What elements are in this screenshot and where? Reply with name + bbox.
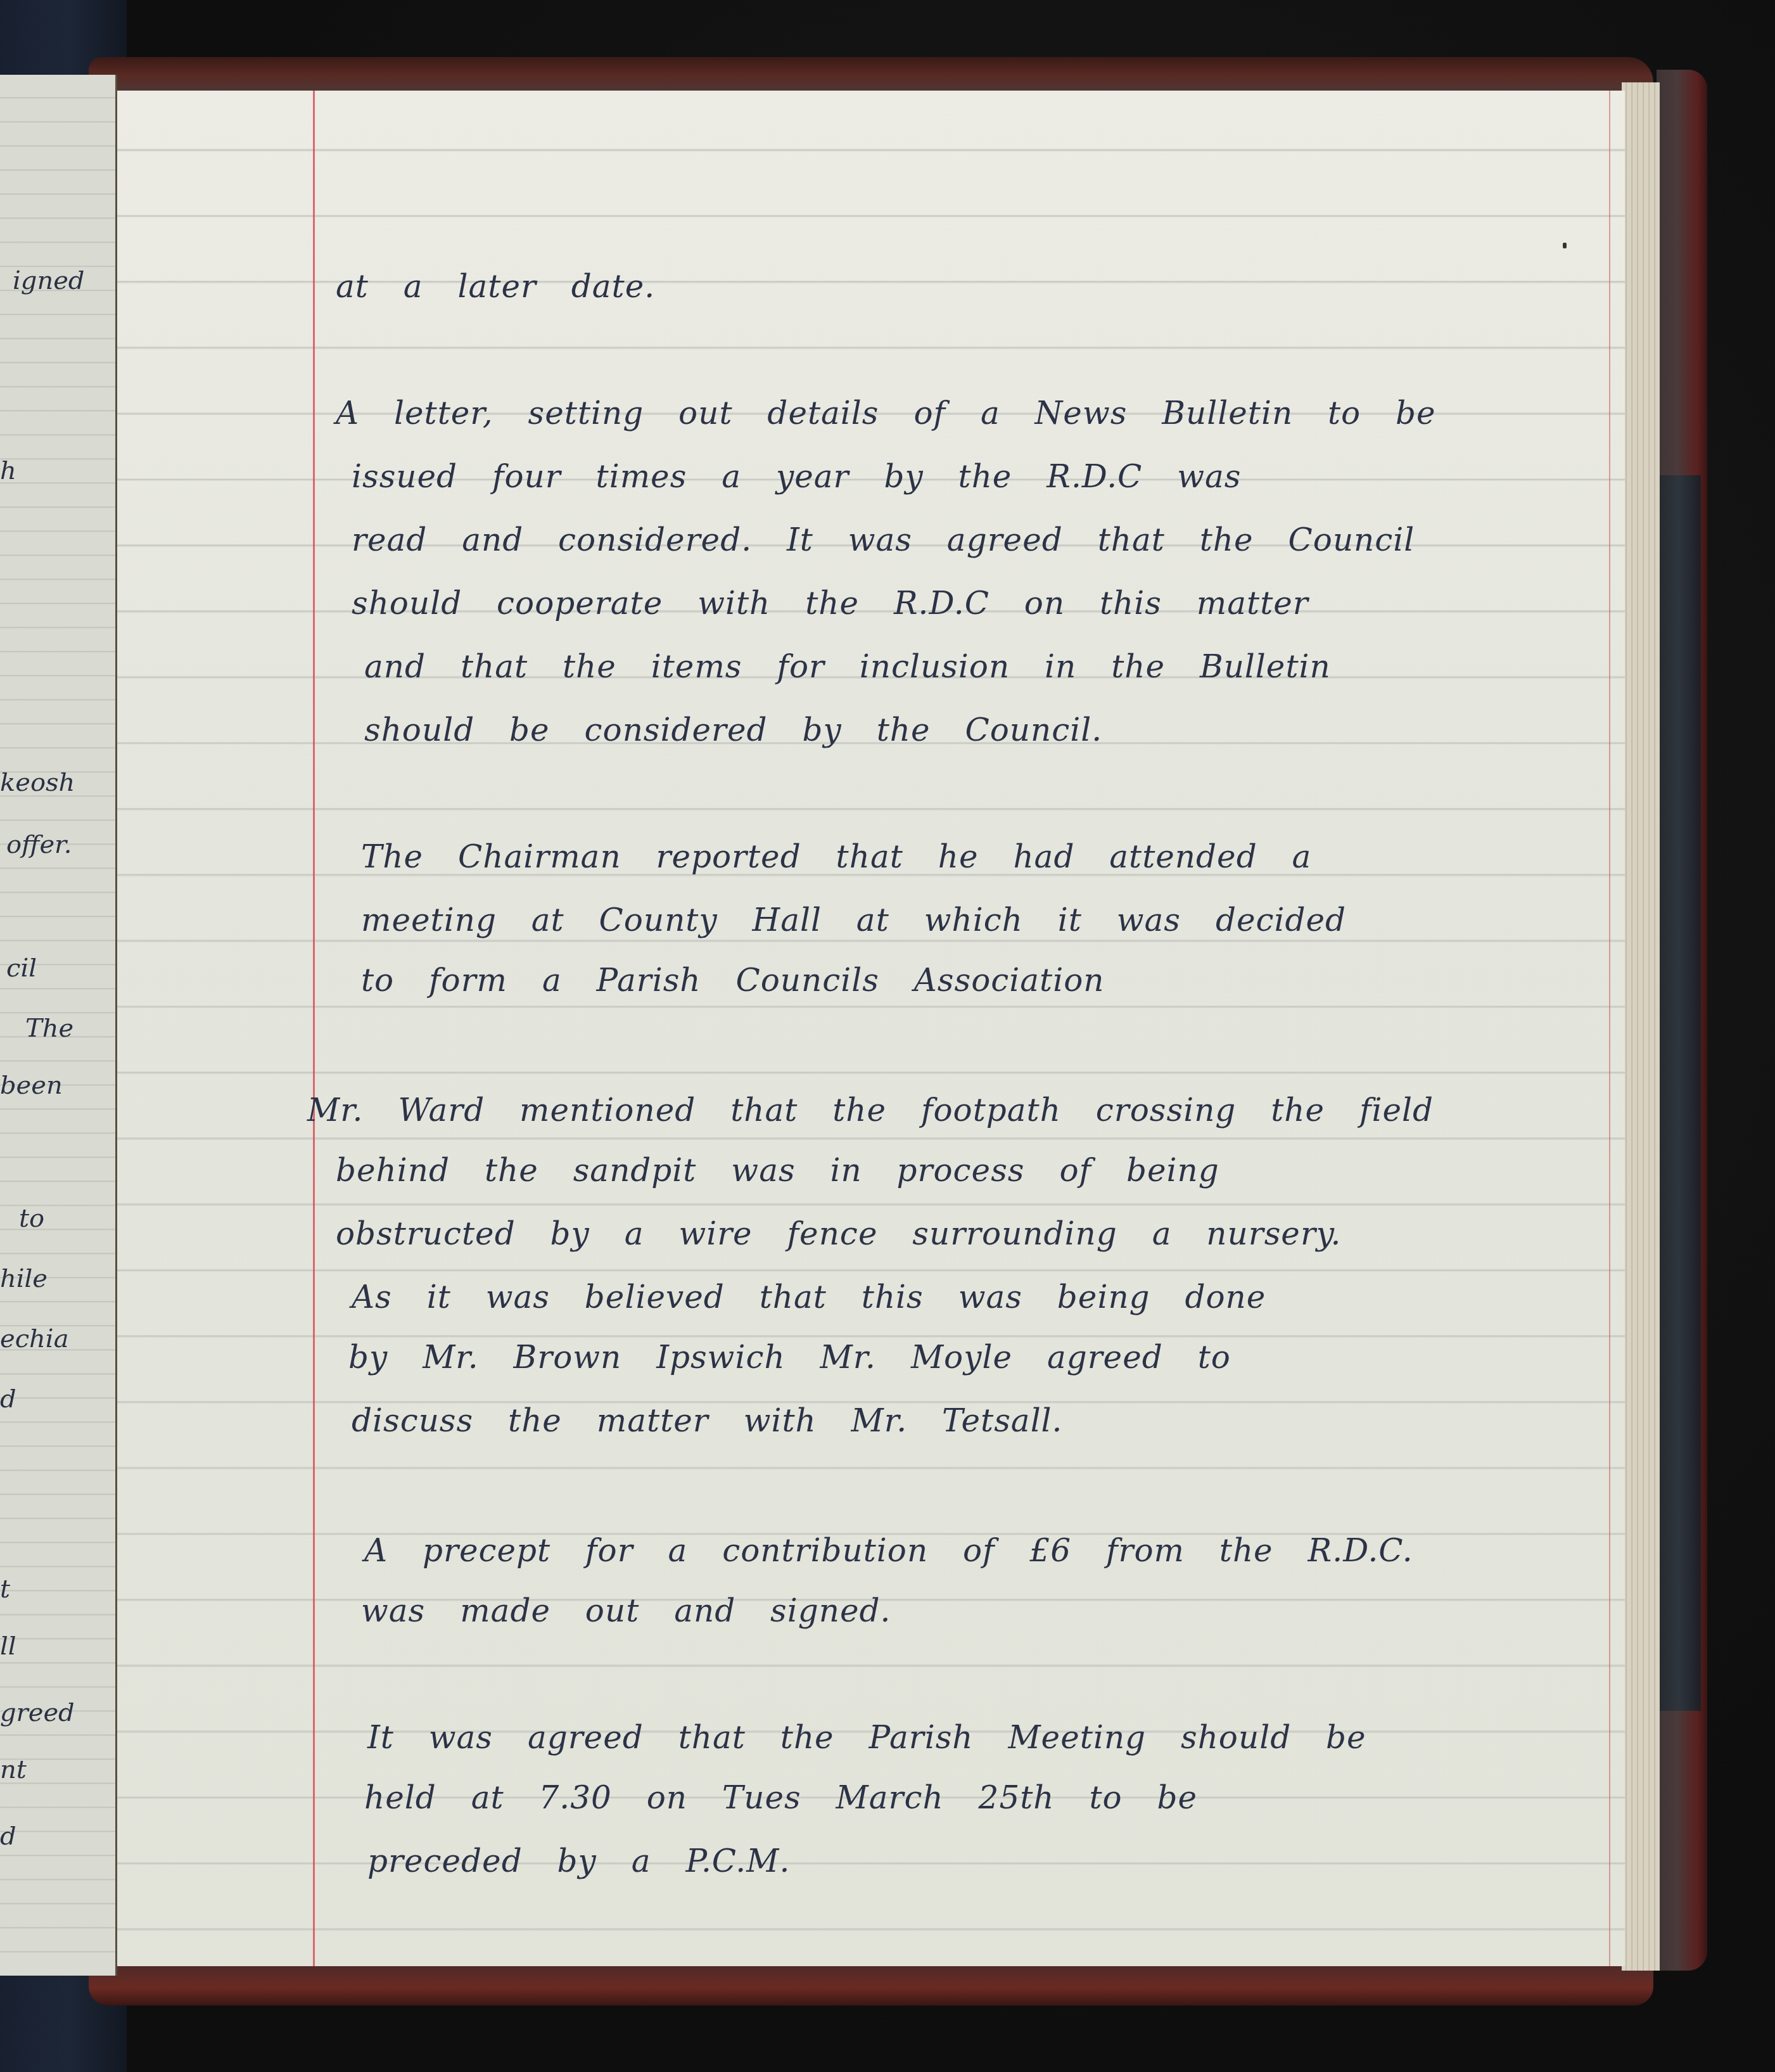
left-page-fragment: been — [0, 1071, 63, 1100]
handwritten-line: preceded by a P.C.M. — [367, 1843, 790, 1879]
left-page-fragment: offer. — [6, 830, 72, 859]
ruled-lines — [117, 91, 1625, 1966]
red-margin-line — [313, 91, 315, 1966]
book-cover-top-edge — [89, 57, 1653, 95]
handwritten-line: should be considered by the Council. — [364, 712, 1102, 748]
handwritten-line: behind the sandpit was in process of bei… — [336, 1152, 1219, 1189]
handwritten-line: A precept for a contribution of £6 from … — [364, 1532, 1413, 1569]
left-page-fragment: to — [19, 1204, 44, 1233]
handwritten-line: The Chairman reported that he had attend… — [361, 838, 1311, 875]
left-page-fragment: keosh — [0, 768, 75, 797]
red-right-margin-line — [1609, 91, 1610, 1966]
handwritten-line: and that the items for inclusion in the … — [364, 648, 1331, 685]
handwritten-line: by Mr. Brown Ipswich Mr. Moyle agreed to — [348, 1339, 1231, 1376]
handwritten-line: Mr. Ward mentioned that the footpath cro… — [307, 1092, 1434, 1129]
left-page-fragment: greed — [0, 1698, 75, 1727]
worn-cover-patch — [1657, 475, 1701, 1711]
ink-speck — [1563, 243, 1567, 248]
minute-book-page: at a later date. A letter, setting out d… — [117, 91, 1625, 1966]
left-page-fragment: ll — [0, 1632, 16, 1661]
handwritten-line: As it was believed that this was being d… — [352, 1279, 1266, 1315]
handwritten-line: held at 7.30 on Tues March 25th to be — [364, 1779, 1197, 1816]
scanned-book-photo: igned h keosh offer. cil The been to hil… — [0, 0, 1775, 2072]
left-page-fragment: igned — [13, 266, 84, 295]
handwritten-line: A letter, setting out details of a News … — [336, 395, 1436, 432]
left-page-fragment: The — [25, 1014, 73, 1043]
handwritten-line: read and considered. It was agreed that … — [352, 521, 1415, 558]
left-page-fragment: cil — [6, 954, 37, 983]
handwritten-line: It was agreed that the Parish Meeting sh… — [367, 1719, 1366, 1756]
left-page-fragment: hile — [0, 1264, 48, 1293]
handwritten-line: to form a Parish Councils Association — [361, 962, 1104, 999]
left-page-fragment: d — [0, 1385, 16, 1414]
left-page-fragment: d — [0, 1822, 16, 1851]
left-facing-page: igned h keosh offer. cil The been to hil… — [0, 75, 117, 1976]
page-stack-edges — [1622, 82, 1660, 1971]
handwritten-line: obstructed by a wire fence surrounding a… — [336, 1215, 1341, 1252]
left-page-fragment: echia — [0, 1324, 68, 1353]
handwritten-line: meeting at County Hall at which it was d… — [361, 902, 1346, 938]
handwritten-line: at a later date. — [336, 268, 655, 305]
handwritten-line: discuss the matter with Mr. Tetsall. — [352, 1402, 1063, 1439]
left-page-fragment: nt — [0, 1755, 27, 1784]
left-page-fragment: h — [0, 456, 16, 485]
handwritten-line: should cooperate with the R.D.C on this … — [352, 585, 1309, 622]
left-page-fragment: t — [0, 1575, 10, 1604]
book-cover-right-edge — [1657, 70, 1707, 1971]
handwritten-line: issued four times a year by the R.D.C wa… — [352, 458, 1241, 495]
book-cover-bottom-edge — [89, 1961, 1653, 2005]
handwritten-line: was made out and signed. — [361, 1592, 891, 1629]
